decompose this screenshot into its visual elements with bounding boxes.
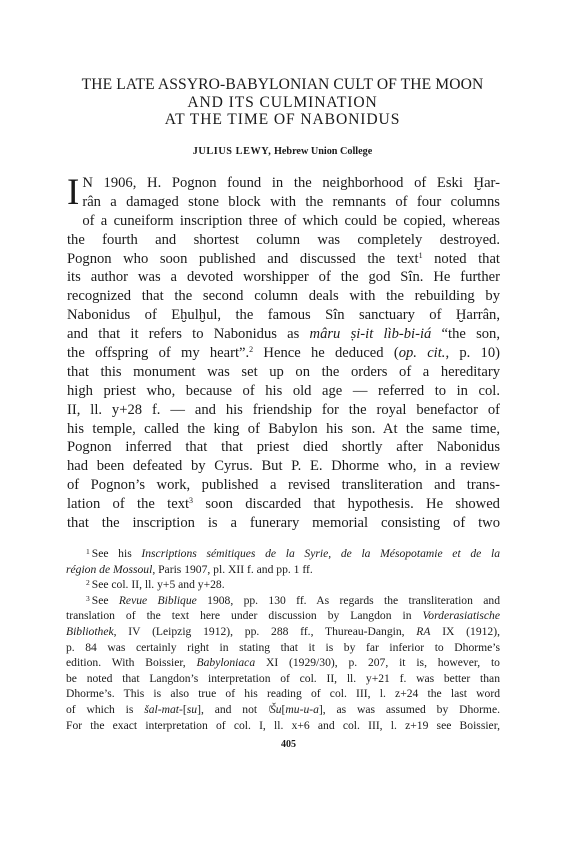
footnote-3-line: edition. With Boissier, Babyloniaca XI (… [66, 655, 500, 671]
footnote-3-line: translation of the text here under discu… [66, 608, 500, 624]
body-line: of a cuneiform inscription three of whic… [67, 212, 500, 231]
author-byline: JULIUS LEWY, Hebrew Union College [60, 146, 505, 158]
body-line: recognized that the second column deals … [67, 287, 500, 306]
footnote-marker: 1 [86, 547, 90, 556]
body-line: that this monument was set up on the ord… [67, 363, 500, 382]
body-line: the fourth and shortest column was compl… [67, 231, 500, 250]
body-paragraph: I N 1906, H. Pognon found in the neighbo… [67, 174, 500, 533]
author-name: JULIUS LEWY, [193, 146, 272, 157]
page-number: 405 [0, 739, 577, 750]
body-line: Pognon who soon published and discussed … [67, 250, 500, 269]
footnote-3-line: For the exact interpretation of col. I, … [66, 718, 500, 734]
body-line: N 1906, H. Pognon found in the neighborh… [67, 174, 500, 193]
journal-page: THE LATE ASSYRO-BABYLONIAN CULT OF THE M… [0, 0, 577, 842]
footnote-3-line: 3See Revue Biblique 1908, pp. 130 ff. As… [66, 593, 500, 609]
footnote-3-line: of which is šal-mat-[su], and not ᶠŠu[mu… [66, 702, 500, 718]
footnote-3-line: Bibliothek, IV (Leipzig 1912), pp. 288 f… [66, 624, 500, 640]
footnote-3-line: be noted that Langdon’s interpretation o… [66, 671, 500, 687]
title-line-3: AT THE TIME OF NABONIDUS [60, 111, 505, 129]
body-line: Pognon inferred that that priest died sh… [67, 438, 500, 457]
footnote-3-line: p. 84 was certainly right in stating tha… [66, 640, 500, 656]
footnote-1-line: région de Mossoul, Paris 1907, pl. XII f… [66, 562, 500, 578]
footnote-3-line: Dhorme’s. This is also true of his readi… [66, 686, 500, 702]
article-title: THE LATE ASSYRO-BABYLONIAN CULT OF THE M… [60, 76, 505, 129]
footnotes: 1See his Inscriptions sémitiques de la S… [66, 546, 500, 733]
footnote-marker: 2 [86, 578, 90, 587]
body-line: rân a damaged stone block with the remna… [67, 193, 500, 212]
body-line: II, ll. y+28 f. — and his friendship for… [67, 401, 500, 420]
title-line-2: AND ITS CULMINATION [60, 94, 505, 112]
drop-cap: I [67, 176, 79, 212]
body-line: the offspring of my heart”.2 Hence he de… [67, 344, 500, 363]
body-line: that the inscription is a funerary memor… [67, 514, 500, 533]
body-line: and that it refers to Nabonidus as mâru … [67, 325, 500, 344]
title-line-1: THE LATE ASSYRO-BABYLONIAN CULT OF THE M… [60, 76, 505, 94]
body-line: its author was a devoted worshipper of t… [67, 268, 500, 287]
body-line: lation of the text3 soon discarded that … [67, 495, 500, 514]
body-line: his temple, called the king of Babylon h… [67, 420, 500, 439]
footnote-1-line: 1See his Inscriptions sémitiques de la S… [66, 546, 500, 562]
author-affiliation: Hebrew Union College [274, 146, 372, 157]
body-line: had been defeated by Cyrus. But P. E. Dh… [67, 457, 500, 476]
body-line: of Pognon’s work, published a revised tr… [67, 476, 500, 495]
body-line: Nabonidus of Eḫulḫul, the famous Sîn san… [67, 306, 500, 325]
footnote-2-line: 2See col. II, ll. y+5 and y+28. [66, 577, 500, 593]
footnote-marker: 3 [86, 594, 90, 603]
body-line: high priest who, because of his old age … [67, 382, 500, 401]
